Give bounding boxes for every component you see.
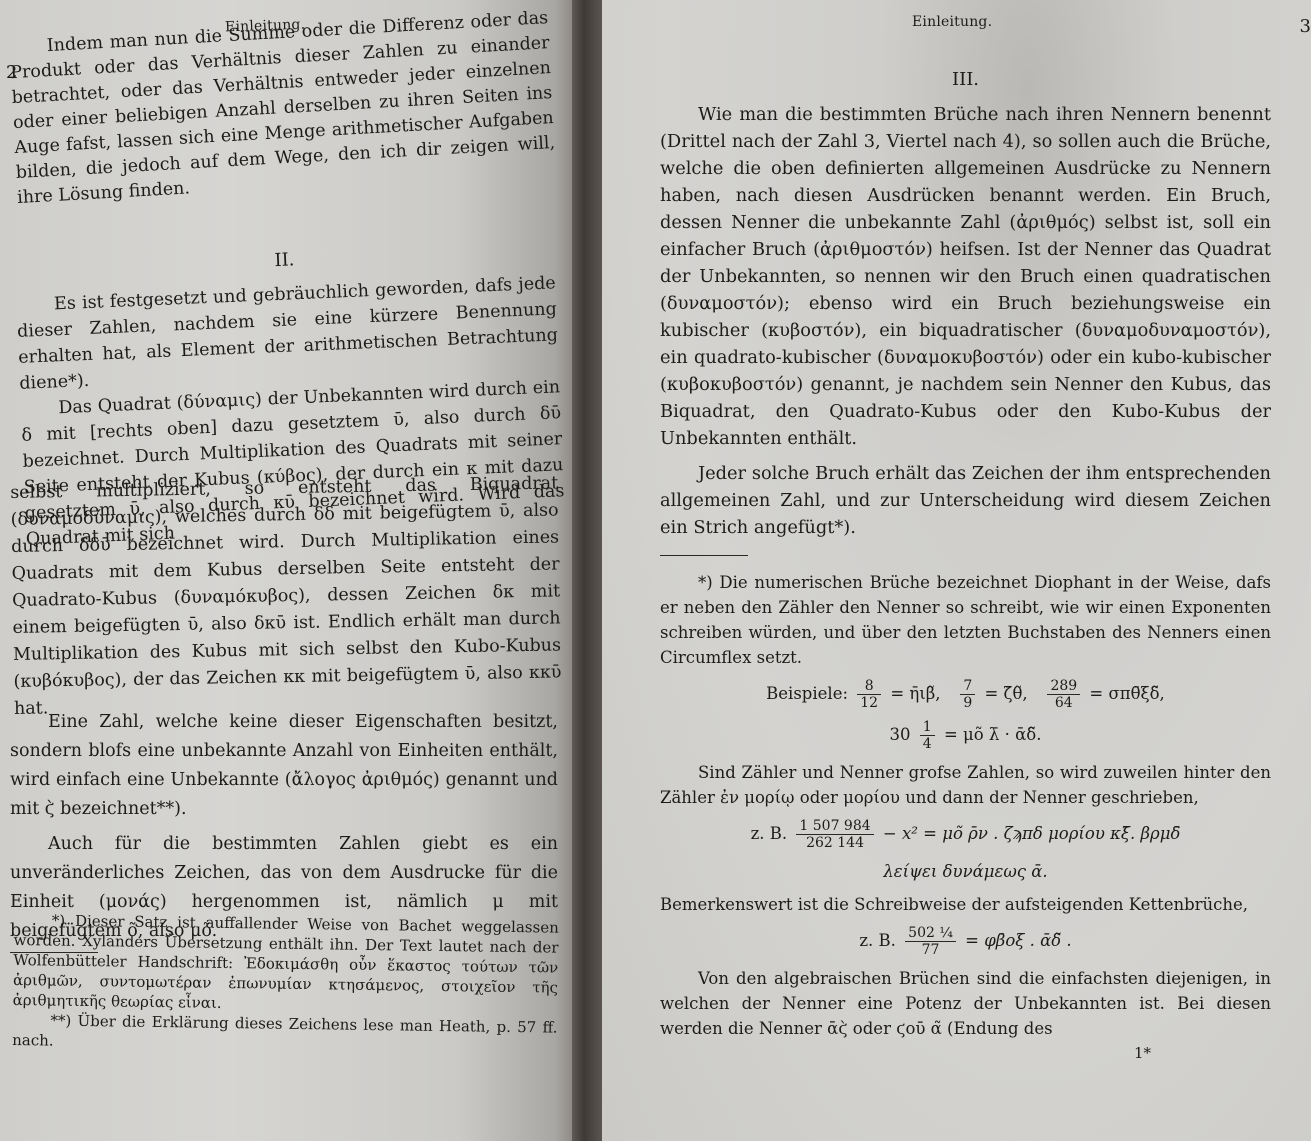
fraction: 812 — [857, 678, 881, 711]
footnote: **) Über die Erklärung dieses Zeichens l… — [12, 1010, 558, 1058]
right-body: III. Wie man die bestimmten Brüche nach … — [660, 62, 1271, 1063]
examples-label: Beispiele: — [766, 684, 848, 703]
formula-continuation: λείψει δυνάμεως ᾱ. — [660, 859, 1271, 884]
left-paragraph-1: Indem man nun die Summe oder die Differe… — [8, 6, 557, 211]
fraction: 1 507 984262 144 — [796, 818, 873, 851]
paragraph: Eine Zahl, welche keine dieser Eigenscha… — [10, 708, 558, 824]
right-page: Einleitung. 3 III. Wie man die bestimmte… — [602, 0, 1311, 1141]
left-paragraph-continued: selbst multipliziert, so entsteht das Bi… — [10, 470, 562, 723]
book-gutter — [572, 0, 602, 1141]
fraction: 28964 — [1047, 678, 1080, 711]
fraction: 79 — [960, 678, 975, 711]
section-heading: III. — [660, 66, 1271, 93]
paragraph: Von den algebraischen Brüchen sind die e… — [660, 966, 1271, 1041]
left-footnotes: *) Dieser Satz ist auffallender Weise vo… — [12, 910, 559, 1058]
paragraph: Wie man die bestimmten Brüche nach ihren… — [660, 101, 1271, 452]
page-number-right: 3 — [1300, 16, 1311, 37]
fraction: 14 — [920, 719, 935, 752]
footnote: *) Die numerischen Brüche bezeichnet Dio… — [660, 570, 1271, 670]
paragraph: Sind Zähler und Nenner grofse Zahlen, so… — [660, 760, 1271, 810]
examples-formula: Beispiele: 812 = η̄ιβ̃, 79 = ζ̄θ̃, 28964… — [660, 678, 1271, 711]
paragraph: Jeder solche Bruch erhält das Zeichen de… — [660, 460, 1271, 541]
mixed-number-formula: 30 14 = μõ λ̄ · ᾱδ̃. — [660, 719, 1271, 752]
paragraph: selbst multipliziert, so entsteht das Bi… — [10, 470, 562, 723]
right-footnote: *) Die numerischen Brüche bezeichnet Dio… — [660, 570, 1271, 1063]
large-fraction-formula: z. B. 1 507 984262 144 − x² = μõ ρ̄ν . ζ… — [660, 818, 1271, 851]
continued-fraction-formula: z. B. 502 ¼77 = φβ̄οξ . ᾱδ̃ . — [660, 925, 1271, 958]
footnote-divider — [660, 555, 748, 556]
signature-mark: 1* — [1134, 1041, 1151, 1066]
footnote: *) Dieser Satz ist auffallender Weise vo… — [13, 910, 559, 1018]
fraction: 502 ¼77 — [905, 925, 956, 958]
paragraph: Bemerkenswert ist die Schreibweise der a… — [660, 892, 1271, 917]
paragraph: Indem man nun die Summe oder die Differe… — [8, 6, 557, 211]
running-head-right: Einleitung. — [912, 14, 992, 30]
left-page: Einleitung. 2 Indem man nun die Summe od… — [0, 0, 572, 1141]
